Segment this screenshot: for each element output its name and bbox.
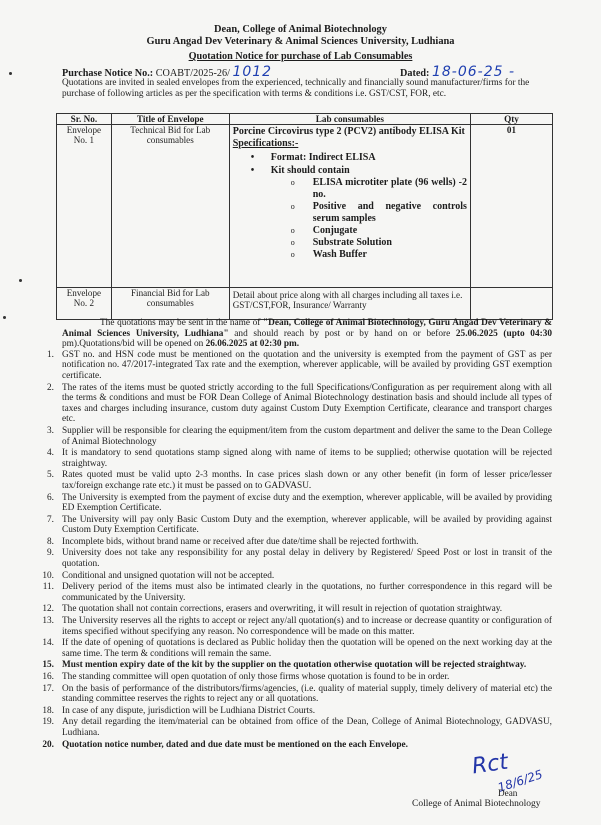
envelope-2-detail: Detail about price along with all charge… [229, 288, 470, 320]
product-name: Porcine Circovirus type 2 (PCV2) antibod… [233, 125, 467, 138]
term-item: 4.It is mandatory to send quotations sta… [62, 448, 552, 469]
term-text: GST no. and HSN code must be mentioned o… [62, 350, 552, 381]
term-text: Supplier will be responsible for clearin… [62, 426, 552, 447]
spec-format: Format: Indirect ELISA [251, 151, 467, 164]
term-number: 1. [32, 350, 54, 361]
university-name: Guru Angad Dev Veterinary & Animal Scien… [0, 36, 601, 48]
term-item: 17.On the basis of performance of the di… [62, 684, 552, 705]
para-opening-date: 26.06.2025 at 02:30 pm. [206, 339, 299, 349]
term-text: Any detail regarding the item/material c… [62, 717, 552, 738]
kit-item: Conjugate [291, 225, 467, 237]
term-number: 20. [32, 740, 54, 751]
para-text: and should reach by post or by hand on o… [229, 329, 456, 339]
term-text: On the basis of performance of the distr… [62, 684, 552, 705]
term-item: 19.Any detail regarding the item/materia… [62, 717, 552, 738]
scan-speck [9, 72, 12, 75]
consumables-table: Sr. No. Title of Envelope Lab consumable… [56, 113, 553, 320]
term-text: The University is exempted from the paym… [62, 493, 552, 514]
term-text: The rates of the items must be quoted st… [62, 383, 552, 425]
term-text: Incomplete bids, without brand name or r… [62, 537, 419, 547]
term-number: 19. [32, 717, 54, 728]
term-item: 20.Quotation notice number, dated and du… [62, 740, 552, 751]
term-text: In case of any dispute, jurisdiction wil… [62, 706, 315, 716]
term-item: 7.The University will pay only Basic Cus… [62, 515, 552, 536]
kit-items-list: ELISA microtiter plate (96 wells) -2 no.… [291, 177, 467, 261]
term-item: 5.Rates quoted must be valid upto 2-3 mo… [62, 470, 552, 491]
term-text: The standing committee will open quotati… [62, 672, 449, 682]
envelope-2-qty [470, 288, 552, 320]
term-item: 12.The quotation shall not contain corre… [62, 604, 552, 615]
term-number: 14. [32, 638, 54, 649]
col-header-sr-no: Sr. No. [57, 114, 112, 125]
envelope-2-title: Financial Bid for Lab consumables [111, 288, 229, 320]
term-number: 3. [32, 426, 54, 437]
term-text: Quotation notice number, dated and due d… [62, 740, 408, 750]
term-text: The University will pay only Basic Custo… [62, 515, 552, 536]
signature-scrawl: Rct [470, 750, 509, 780]
table-row: Envelope No. 1 Technical Bid for Lab con… [57, 125, 553, 288]
term-text: The University reserves all the rights t… [62, 616, 552, 637]
kit-item: Wash Buffer [291, 249, 467, 261]
term-number: 8. [32, 537, 54, 548]
term-item: 13.The University reserves all the right… [62, 616, 552, 637]
term-item: 8.Incomplete bids, without brand name or… [62, 537, 552, 548]
term-text: Rates quoted must be valid upto 2-3 mont… [62, 470, 552, 491]
kit-item: ELISA microtiter plate (96 wells) -2 no. [291, 177, 467, 201]
term-item: 11.Delivery period of the items must als… [62, 582, 552, 603]
terms-section: The quotations may be sent in the name o… [62, 318, 552, 751]
term-item: 9.University does not take any responsib… [62, 548, 552, 569]
term-text: The quotation shall not contain correcti… [62, 604, 502, 614]
signatory-title: Dean [498, 788, 517, 798]
term-number: 11. [32, 582, 54, 593]
term-item: 15.Must mention expiry date of the kit b… [62, 660, 552, 671]
term-number: 2. [32, 383, 54, 394]
submission-paragraph: The quotations may be sent in the name o… [62, 318, 552, 350]
quotation-notice-page: Dean, College of Animal Biotechnology Gu… [0, 0, 601, 825]
envelope-1-qty: 01 [470, 125, 552, 288]
term-text: If the date of opening of quotations is … [62, 638, 552, 659]
term-item: 14.If the date of opening of quotations … [62, 638, 552, 659]
issuer-title: Dean, College of Animal Biotechnology [0, 24, 601, 36]
term-text: Delivery period of the items must also b… [62, 582, 552, 603]
term-item: 6.The University is exempted from the pa… [62, 493, 552, 514]
scan-speck [19, 279, 22, 282]
term-item: 18.In case of any dispute, jurisdiction … [62, 706, 552, 717]
spec-kit-contents: Kit should contain ELISA microtiter plat… [251, 164, 467, 261]
term-item: 1.GST no. and HSN code must be mentioned… [62, 350, 552, 382]
para-text: pm).Quotations/bid will be opened on [62, 339, 206, 349]
term-number: 9. [32, 548, 54, 559]
table-header-row: Sr. No. Title of Envelope Lab consumable… [57, 114, 553, 125]
envelope-1-content: Porcine Circovirus type 2 (PCV2) antibod… [229, 125, 470, 288]
specifications-label: Specifications:- [233, 138, 467, 150]
term-number: 12. [32, 604, 54, 615]
intro-paragraph: Quotations are invited in sealed envelop… [62, 78, 552, 99]
spec-list: Format: Indirect ELISA Kit should contai… [251, 151, 467, 261]
term-number: 16. [32, 672, 54, 683]
kit-item: Substrate Solution [291, 237, 467, 249]
kit-item: Positive and negative controls serum sam… [291, 201, 467, 225]
col-header-qty: Qty [470, 114, 552, 125]
term-text: It is mandatory to send quotations stamp… [62, 448, 552, 469]
term-number: 10. [32, 571, 54, 582]
term-text: Must mention expiry date of the kit by t… [62, 660, 526, 670]
term-number: 7. [32, 515, 54, 526]
term-text: Conditional and unsigned quotation will … [62, 571, 274, 581]
term-item: 3.Supplier will be responsible for clear… [62, 426, 552, 447]
term-number: 15. [32, 660, 54, 671]
envelope-1-sr: Envelope No. 1 [57, 125, 112, 288]
para-due-date: 25.06.2025 (upto 04:30 [456, 329, 552, 339]
scan-speck [3, 316, 6, 319]
spec-kit-label: Kit should contain [271, 165, 350, 176]
term-number: 4. [32, 448, 54, 459]
term-number: 5. [32, 470, 54, 481]
envelope-1-title: Technical Bid for Lab consumables [111, 125, 229, 288]
terms-list: 1.GST no. and HSN code must be mentioned… [62, 350, 552, 750]
term-number: 6. [32, 493, 54, 504]
table-row: Envelope No. 2 Financial Bid for Lab con… [57, 288, 553, 320]
envelope-2-sr: Envelope No. 2 [57, 288, 112, 320]
term-number: 18. [32, 706, 54, 717]
col-header-title: Title of Envelope [111, 114, 229, 125]
term-number: 17. [32, 684, 54, 695]
signatory-college: College of Animal Biotechnology [412, 799, 541, 809]
term-item: 10.Conditional and unsigned quotation wi… [62, 571, 552, 582]
notice-title: Quotation Notice for purchase of Lab Con… [0, 51, 601, 63]
term-number: 13. [32, 616, 54, 627]
term-item: 2.The rates of the items must be quoted … [62, 383, 552, 425]
col-header-lab-consumables: Lab consumables [229, 114, 470, 125]
term-item: 16.The standing committee will open quot… [62, 672, 552, 683]
term-text: University does not take any responsibil… [62, 548, 552, 569]
para-text: The quotations may be sent in the name o… [100, 318, 263, 328]
